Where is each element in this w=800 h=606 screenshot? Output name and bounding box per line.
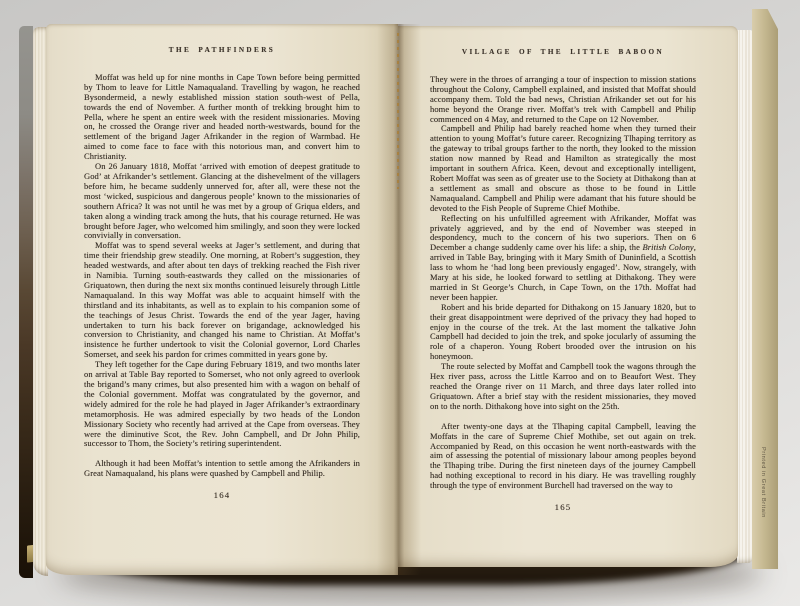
page-number-right: 165 <box>430 503 696 513</box>
running-header-right: VILLAGE OF THE LITTLE BABOON <box>430 48 696 58</box>
right-page-text-block: VILLAGE OF THE LITTLE BABOON They were i… <box>430 48 696 513</box>
body-paragraph: On 26 January 1818, Moffat ‘arrived with… <box>84 162 360 241</box>
body-paragraph: Moffat was held up for nine months in Ca… <box>84 73 360 162</box>
left-page-text-block: THE PATHFINDERS Moffat was held up for n… <box>84 46 360 501</box>
body-paragraph: The route selected by Moffat and Campbel… <box>430 362 696 412</box>
dust-jacket-flap: Printed in Great Britain <box>752 9 778 569</box>
body-paragraph: Robert and his bride departed for Dithak… <box>430 303 696 362</box>
ship-name-italic: British Colony <box>642 242 693 252</box>
binding-stitches <box>397 33 399 189</box>
body-paragraph-after-section-break: After twenty-one days at the Tlhaping ca… <box>430 422 696 491</box>
dust-jacket-cover-edge <box>19 26 33 578</box>
page-number-left: 164 <box>84 491 360 501</box>
printers-imprint-text: Printed in Great Britain <box>760 447 766 518</box>
open-book-photograph: Printed in Great Britain THE PATHFINDERS… <box>0 0 800 606</box>
body-paragraph-after-section-break: Although it had been Moffat’s intention … <box>84 459 360 479</box>
body-paragraph: Campbell and Philip had barely reached h… <box>430 124 696 213</box>
paragraph-segment: , arrived in Table Bay, bringing with it… <box>430 242 696 302</box>
body-paragraph: Moffat was to spend several weeks at Jag… <box>84 241 360 360</box>
body-paragraph-continuation: They were in the throes of arranging a t… <box>430 75 696 125</box>
body-paragraph-with-italic: Reflecting on his unfulfilled agreement … <box>430 214 696 303</box>
running-header-left: THE PATHFINDERS <box>84 46 360 56</box>
page-edges-right <box>737 30 753 563</box>
body-paragraph: They left together for the Cape during F… <box>84 360 360 449</box>
